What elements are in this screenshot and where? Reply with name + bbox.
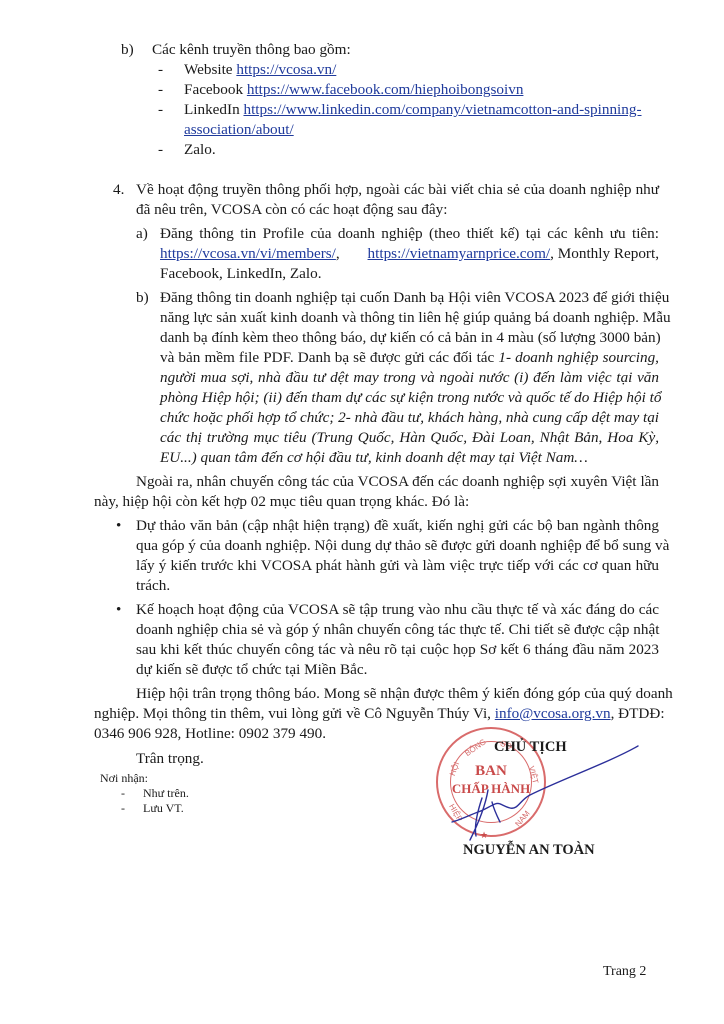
item-b-line: và bản mềm file PDF. Danh bạ sẽ được gửi…	[160, 348, 659, 368]
members-link[interactable]: https://vcosa.vn/vi/members/	[160, 245, 336, 262]
item-b-italic-line: EU...) quan tâm đến cơ hội đầu tư, kinh …	[160, 448, 588, 468]
email-link[interactable]: info@vcosa.org.vn	[495, 705, 611, 722]
bullet-line: lấy ý kiến trước khi VCOSA phát hành gửi…	[136, 556, 659, 576]
dash-bullet: -	[158, 140, 168, 160]
closing-line: 0346 906 928, Hotline: 0902 379 490.	[94, 724, 326, 744]
closing-contact-line: nghiệp. Mọi thông tin thêm, vui lòng gửi…	[94, 704, 659, 724]
item-b-italic-line: phòng Hiệp hội; (ii) đến tham dự các sự …	[160, 388, 659, 408]
channel-label: LinkedIn	[184, 101, 243, 118]
dash-bullet: -	[121, 801, 125, 815]
item-b-line: năng lực sản xuất kinh doanh và thông ti…	[160, 308, 659, 328]
bullet-line: Kế hoạch hoạt động của VCOSA sẽ tập trun…	[136, 600, 659, 620]
recipient-item: - Lưu VT.	[121, 801, 125, 816]
besides-paragraph-line: này, hiệp hội còn kết hợp 02 mục tiêu qu…	[94, 492, 469, 512]
regards: Trân trọng.	[136, 749, 204, 769]
item-b-italic-line: các thị trường mục tiêu (Trung Quốc, Hàn…	[160, 428, 659, 448]
channel-label: Facebook	[184, 81, 247, 98]
item-b-italic-text: 1- doanh nghiệp sourcing,	[498, 349, 659, 366]
separator: ,	[336, 245, 340, 262]
bullet-marker: •	[116, 516, 121, 536]
dash-bullet: -	[121, 786, 125, 800]
signatory-name: NGUYỄN AN TOÀN	[463, 840, 595, 860]
item-a-line: Đăng thông tin Profile của doanh nghiệp …	[160, 224, 659, 244]
recipient-item: - Như trên.	[121, 786, 125, 801]
bullet-line: doanh nghiệp chia sẻ và góp ý nhân chuyế…	[136, 620, 659, 640]
recipients-heading: Nơi nhận:	[100, 771, 148, 786]
bullet-line: sau khi kết thúc chuyến công tác và nêu …	[136, 640, 659, 660]
bullet-line: qua góp ý của doanh nghiệp. Nội dung dự …	[136, 536, 659, 556]
linkedin-link[interactable]: https://www.linkedin.com/company/vietnam…	[243, 101, 641, 118]
besides-paragraph-line: Ngoài ra, nhân chuyến công tác của VCOSA…	[136, 472, 659, 492]
channels-heading: Các kênh truyền thông bao gồm:	[152, 40, 351, 60]
bullet-line: trách.	[136, 576, 170, 596]
item-b-text: và bản mềm file PDF. Danh bạ sẽ được gửi…	[160, 349, 498, 366]
item-a-links-line: https://vcosa.vn/vi/members/, https://vi…	[160, 244, 659, 264]
section-4-line: Về hoạt động truyền thông phối hợp, ngoà…	[136, 180, 659, 200]
channels-marker: b)	[121, 40, 134, 60]
item-a-line: Facebook, LinkedIn, Zalo.	[160, 264, 322, 284]
item-b-italic-line: người mua sợi, nhà đầu tư dệt may trong …	[160, 368, 659, 388]
item-b-line: Đăng thông tin doanh nghiệp tại cuốn Dan…	[160, 288, 659, 308]
item-a-tail: , Monthly Report,	[550, 245, 659, 262]
dash-bullet: -	[158, 80, 168, 100]
item-b-marker: b)	[136, 288, 149, 308]
section-4-line: đã nêu trên, VCOSA còn có các hoạt động …	[136, 200, 447, 220]
item-b-line: danh bạ đính kèm theo thông báo, dự kiến…	[160, 328, 659, 348]
channel-label: Website	[184, 61, 236, 78]
contact-text: nghiệp. Mọi thông tin thêm, vui lòng gửi…	[94, 705, 495, 722]
signature-title: CHỦ TỊCH	[494, 737, 567, 757]
closing-line: Hiệp hội trân trọng thông báo. Mong sẽ n…	[136, 684, 659, 704]
section-4-marker: 4.	[113, 180, 124, 200]
bullet-line: dự kiến sẽ được tổ chức tại Miền Bắc.	[136, 660, 367, 680]
yarnprice-link[interactable]: https://vietnamyarnprice.com/	[368, 245, 551, 262]
website-link[interactable]: https://vcosa.vn/	[236, 61, 336, 78]
bullet-marker: •	[116, 600, 121, 620]
facebook-link[interactable]: https://www.facebook.com/hiephoibongsoiv…	[247, 81, 524, 98]
page-number: Trang 2	[603, 962, 646, 982]
linkedin-link-continued[interactable]: association/about/	[184, 121, 294, 138]
item-a-marker: a)	[136, 224, 148, 244]
contact-text: , ĐTDĐ:	[611, 705, 665, 722]
channel-label: Zalo.	[184, 140, 216, 160]
dash-bullet: -	[158, 100, 168, 120]
dash-bullet: -	[158, 60, 168, 80]
bullet-line: Dự thảo văn bản (cập nhật hiện trạng) đề…	[136, 516, 659, 536]
item-b-italic-line: chức hoặc phối hợp tổ chức; 2- nhà đầu t…	[160, 408, 659, 428]
